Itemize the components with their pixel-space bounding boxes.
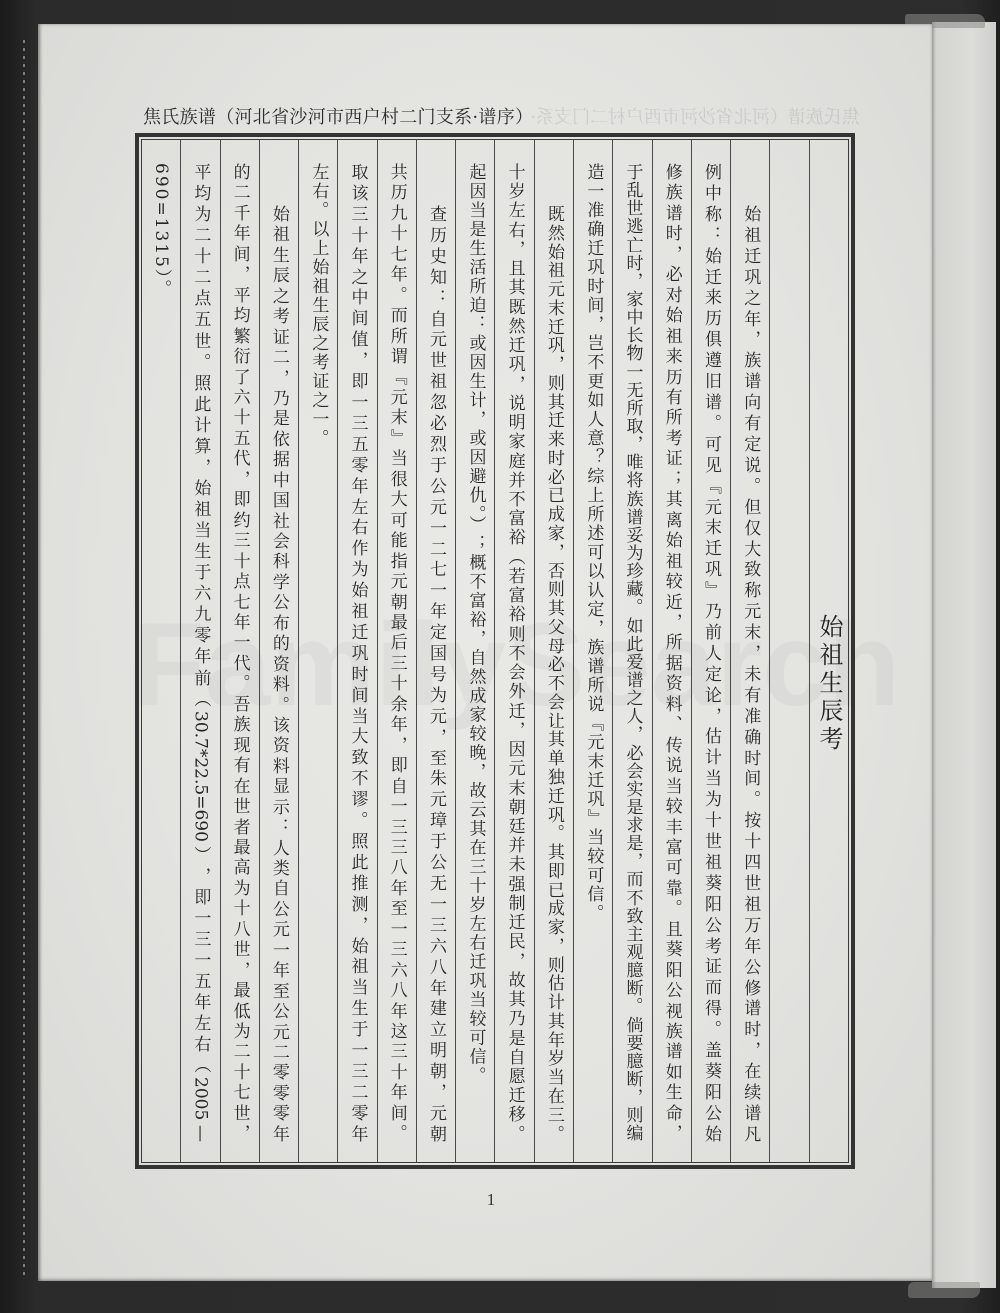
glyph: 无	[417, 874, 455, 891]
glyph: 间	[338, 309, 376, 326]
glyph: 二	[221, 183, 259, 200]
glyph: 祖	[181, 500, 219, 517]
glyph: 断	[613, 1070, 651, 1087]
glyph: 例	[692, 163, 730, 180]
glyph: 盖	[692, 1041, 730, 1058]
glyph: 一	[221, 633, 259, 650]
glyph: ，	[338, 351, 376, 368]
glyph: 十	[378, 1063, 416, 1080]
glyph: 『	[378, 368, 416, 385]
glyph: 30.7*22.5=690	[181, 711, 219, 842]
glyph: 共	[378, 163, 416, 180]
glyph: 元	[378, 572, 416, 589]
glyph: 始	[653, 306, 691, 323]
glyph: 祖	[653, 327, 691, 344]
glyph: 愿	[496, 1067, 534, 1084]
glyph: 一	[338, 1041, 376, 1058]
glyph: 迁	[535, 411, 573, 428]
glyph: 公	[260, 900, 298, 917]
glyph: 来	[692, 288, 730, 305]
glyph: 且	[496, 259, 534, 276]
glyph: 庭	[496, 452, 534, 469]
text-column: 的二千年间，平均繁衍了六十五代，即约三十点七年一代。吾族现有在世者最高为十八世，…	[220, 140, 259, 1162]
glyph: 十	[181, 247, 219, 264]
glyph: 末	[378, 408, 416, 425]
glyph: 当	[692, 769, 730, 786]
glyph: 间	[731, 769, 769, 786]
glyph: 世	[221, 940, 259, 957]
glyph: 』	[692, 581, 730, 598]
glyph: 对	[653, 286, 691, 303]
glyph: 据	[653, 654, 691, 671]
glyph: 人	[260, 839, 298, 856]
glyph: 阳	[692, 895, 730, 912]
glyph: 三	[378, 654, 416, 671]
glyph: 所	[653, 408, 691, 425]
glyph: 历	[692, 309, 730, 326]
glyph: 世	[181, 332, 219, 349]
glyph: 元	[378, 388, 416, 405]
glyph: 公	[731, 958, 769, 975]
glyph: 岁	[496, 182, 534, 199]
glyph: 年	[338, 1125, 376, 1142]
glyph: 料	[260, 675, 298, 692]
glyph: 其	[535, 393, 573, 410]
glyph: 要	[613, 1034, 651, 1051]
glyph: 时	[613, 254, 651, 271]
glyph: 在	[221, 777, 259, 794]
glyph: 十	[378, 224, 416, 241]
glyph: 当	[338, 978, 376, 995]
glyph: 八	[417, 958, 455, 975]
glyph: 零	[338, 1104, 376, 1121]
glyph: 五	[181, 972, 219, 989]
glyph: 一	[260, 941, 298, 958]
glyph: 公	[417, 853, 455, 870]
glyph: 当	[653, 777, 691, 794]
glyph: 巩	[692, 560, 730, 577]
glyph: 祖	[692, 853, 730, 870]
glyph: 年	[417, 602, 455, 619]
paragraph-1-line-5: 造一准确迁巩时间，岂不更如人意？综上所述可以认定，族谱所说『元末迁巩』当较可信。	[574, 163, 612, 923]
binding-stitch	[23, 40, 25, 1280]
glyph: 将	[613, 471, 651, 488]
glyph: 年	[731, 310, 769, 327]
glyph: 的	[260, 634, 298, 651]
text-column: 十岁左右，且其既然迁巩，说明家庭并不富裕（若富裕则不会外迁，因元末朝廷并未强制迁…	[494, 140, 533, 1162]
glyph: 其	[496, 278, 534, 295]
glyph: 年	[535, 1031, 573, 1048]
glyph: 时	[338, 665, 376, 682]
glyph: ，	[496, 721, 534, 738]
glyph: 元	[496, 759, 534, 776]
glyph: 者	[221, 818, 259, 835]
glyph: 会	[496, 663, 534, 680]
glyph: 成	[535, 505, 573, 522]
glyph: 年	[338, 477, 376, 494]
glyph: 七	[221, 593, 259, 610]
glyph: 五	[338, 435, 376, 452]
glyph: 无	[613, 381, 651, 398]
glyph: 朱	[417, 769, 455, 786]
glyph: 族	[653, 183, 691, 200]
glyph: 移	[496, 1105, 534, 1122]
glyph: 三	[338, 414, 376, 431]
glyph: 迁	[731, 247, 769, 264]
glyph: 十	[221, 552, 259, 569]
glyph: 明	[496, 413, 534, 430]
glyph: 谱	[731, 999, 769, 1016]
glyph: 确	[731, 728, 769, 745]
glyph: 独	[535, 768, 573, 785]
glyph: 祖	[535, 261, 573, 278]
glyph: 即	[338, 372, 376, 389]
glyph: ，	[613, 852, 651, 869]
glyph: ，	[496, 375, 534, 392]
glyph: 在	[535, 1087, 573, 1104]
glyph: 已	[535, 486, 573, 503]
glyph: 历	[653, 368, 691, 385]
glyph: 于	[181, 563, 219, 580]
glyph: 三	[378, 818, 416, 835]
glyph: 。	[613, 997, 651, 1014]
glyph: 珍	[613, 562, 651, 579]
glyph: ，	[613, 272, 651, 289]
glyph: 万	[731, 916, 769, 933]
glyph: 旧	[692, 372, 730, 389]
glyph: 定	[731, 435, 769, 452]
glyph: 祖	[731, 895, 769, 912]
glyph: ，	[378, 736, 416, 753]
glyph: 吾	[221, 695, 259, 712]
glyph: ，	[181, 458, 219, 475]
glyph: 学	[260, 573, 298, 590]
glyph: 高	[221, 858, 259, 875]
paper-scrap	[908, 1282, 980, 1298]
glyph: 致	[338, 748, 376, 765]
glyph: 平	[181, 163, 219, 180]
glyph: 左	[181, 1014, 219, 1031]
glyph: 末	[731, 623, 769, 640]
paragraph-3-line-3: 取该三十年之中间值，即一三五零年左右作为始祖迁巩时间当大致不谬。照此推测，始祖当…	[338, 163, 376, 1142]
glyph: 年	[260, 1125, 298, 1142]
glyph: 即	[378, 756, 416, 773]
glyph: 均	[181, 184, 219, 201]
glyph: 迁	[496, 1086, 534, 1103]
glyph: 祖	[260, 225, 298, 242]
glyph: 证	[653, 449, 691, 466]
glyph: 年	[417, 979, 455, 996]
glyph: 祖	[731, 226, 769, 243]
glyph: 示	[260, 798, 298, 815]
glyph: ，	[613, 435, 651, 452]
glyph: 二	[417, 540, 455, 557]
glyph: 大	[338, 727, 376, 744]
glyph: 长	[613, 326, 651, 343]
glyph: 资	[653, 674, 691, 691]
glyph: 生	[181, 542, 219, 559]
glyph: 值	[338, 330, 376, 347]
glyph: 之	[260, 287, 298, 304]
glyph: 中	[692, 184, 730, 201]
glyph: 巩	[338, 644, 376, 661]
glyph: 家	[496, 432, 534, 449]
glyph: ，	[338, 916, 376, 933]
glyph: 最	[221, 838, 259, 855]
glyph: 三	[378, 940, 416, 957]
glyph: 父	[535, 618, 573, 635]
next-page-edge	[932, 22, 996, 1288]
glyph: ；	[653, 470, 691, 487]
glyph: 观	[613, 943, 651, 960]
glyph: 十	[378, 674, 416, 691]
paragraph-1-line-1: 始祖迁巩之年，族谱向有定说。但仅大致称元末，未有准确时间。按十四世祖万年公修谱时…	[731, 205, 769, 1142]
glyph: 七	[221, 1083, 259, 1100]
glyph: 会	[260, 532, 298, 549]
glyph: 否	[535, 562, 573, 579]
blank-column	[769, 140, 808, 1162]
glyph: 。	[260, 696, 298, 713]
glyph: 元	[260, 1023, 298, 1040]
glyph: 史	[417, 247, 455, 264]
glyph: 类	[260, 859, 298, 876]
glyph: 年	[378, 1002, 416, 1019]
glyph: 是	[496, 1029, 534, 1046]
glyph: 迁	[338, 623, 376, 640]
glyph: 则	[535, 956, 573, 973]
glyph: 实	[613, 780, 651, 797]
text-column: 左右。以上始祖生辰之考证之一。	[298, 140, 337, 1162]
glyph: 至	[417, 749, 455, 766]
glyph: 元	[731, 602, 769, 619]
glyph: 现	[221, 736, 259, 753]
glyph: 然	[535, 224, 573, 241]
paragraph-2-line-1: 既然始祖元末迁巩，则其迁来时必已成家，否则其父母必不会让其单独迁巩。其即已成家，…	[535, 205, 573, 1142]
glyph: 凡	[731, 1125, 769, 1142]
glyph: 三	[338, 205, 376, 222]
glyph: 年	[378, 1083, 416, 1100]
glyph: 余	[378, 695, 416, 712]
glyph: 七	[417, 560, 455, 577]
glyph: 末	[692, 518, 730, 535]
glyph: 爱	[613, 653, 651, 670]
glyph: ，	[417, 728, 455, 745]
text-column: 例中称：始迁来历俱遵旧谱。可见『元末迁巩』乃前人定论，估计当为十世祖葵阳公考证而…	[691, 140, 730, 1162]
glyph: 而	[378, 306, 416, 323]
glyph: 谱	[731, 372, 769, 389]
glyph: 之	[338, 268, 376, 285]
glyph: 为	[181, 205, 219, 222]
text-column: 起因当是生活所迫：或因生计，或因避仇。）；概不富裕，自然成家较晚，故云其在三十岁…	[455, 140, 494, 1162]
glyph: 定	[417, 623, 455, 640]
glyph: 臆	[613, 1052, 651, 1069]
glyph: 而	[692, 978, 730, 995]
glyph: 来	[535, 430, 573, 447]
glyph: 五	[181, 310, 219, 327]
glyph: 三	[181, 930, 219, 947]
glyph: 谬	[338, 790, 376, 807]
glyph: 按	[731, 811, 769, 828]
glyph: 近	[653, 593, 691, 610]
glyph: 十	[731, 832, 769, 849]
glyph: 所	[653, 633, 691, 650]
glyph: 强	[496, 875, 534, 892]
glyph: ，	[653, 245, 691, 262]
glyph: 最	[221, 981, 259, 998]
glyph: 生	[338, 999, 376, 1016]
glyph: 但	[731, 498, 769, 515]
glyph: 显	[260, 777, 298, 794]
glyph: 已	[535, 881, 573, 898]
glyph: 始	[338, 581, 376, 598]
glyph: ，	[692, 707, 730, 724]
glyph: 称	[692, 205, 730, 222]
glyph: 。	[496, 1125, 534, 1142]
glyph: ：	[260, 818, 298, 835]
glyph: 取	[338, 163, 376, 180]
glyph: 家	[613, 290, 651, 307]
glyph: 末	[535, 299, 573, 316]
glyph: 传	[653, 736, 691, 753]
glyph: 即	[535, 862, 573, 879]
glyph: 前	[692, 623, 730, 640]
glyph: ，	[535, 937, 573, 954]
glyph: 谱	[613, 671, 651, 688]
glyph: 很	[378, 470, 416, 487]
text-column: 平均为二十二点五世。照此计算，始祖当生于六九零年前（30.7*22.5=690）…	[180, 140, 219, 1162]
glyph: 代	[221, 654, 259, 671]
glyph: 始	[692, 247, 730, 264]
glyph: 。	[692, 1020, 730, 1037]
page-number: 1	[471, 1190, 511, 1210]
paragraph-1-line-4: 于乱世逃亡时，家中长物一无所取，唯将族谱妥为珍藏。如此爱谱之人，必会实是求是，而…	[613, 163, 651, 1142]
glyph: 一	[181, 909, 219, 926]
glyph: 历	[378, 183, 416, 200]
glyph: 国	[260, 491, 298, 508]
glyph: 取	[613, 417, 651, 434]
glyph: 明	[417, 1041, 455, 1058]
glyph: 家	[535, 918, 573, 935]
text-column: 于乱世逃亡时，家中长物一无所取，唯将族谱妥为珍藏。如此爱谱之人，必会实是求是，而…	[612, 140, 651, 1162]
glyph: （	[496, 548, 534, 565]
glyph: 一	[378, 920, 416, 937]
glyph: 二	[260, 348, 298, 365]
glyph: 一	[181, 951, 219, 968]
glyph: 科	[260, 552, 298, 569]
glyph: 末	[496, 779, 534, 796]
glyph: 若	[496, 567, 534, 584]
glyph: 致	[731, 560, 769, 577]
glyph: 八	[221, 920, 259, 937]
glyph: 零	[181, 626, 219, 643]
glyph: 则	[535, 374, 573, 391]
glyph: ，	[731, 644, 769, 661]
glyph: 六	[417, 937, 455, 954]
glyph: 不	[535, 674, 573, 691]
glyph: 会	[535, 693, 573, 710]
glyph: ：	[417, 289, 455, 306]
glyph: 葵	[692, 1062, 730, 1079]
glyph: 至	[378, 899, 416, 916]
glyph: 始	[653, 531, 691, 548]
glyph: 千	[221, 204, 259, 221]
glyph: 谓	[378, 347, 416, 364]
glyph: 为	[692, 790, 730, 807]
glyph: 平	[221, 286, 259, 303]
glyph: 时	[535, 449, 573, 466]
glyph: 即	[221, 490, 259, 507]
glyph: 始	[181, 479, 219, 496]
glyph: 迁	[496, 336, 534, 353]
glyph: 元	[417, 1104, 455, 1121]
glyph: 当	[378, 449, 416, 466]
glyph: 谱	[692, 393, 730, 410]
glyph: 自	[378, 777, 416, 794]
glyph: 说	[496, 394, 534, 411]
glyph: 巩	[535, 806, 573, 823]
glyph: 三	[338, 1062, 376, 1079]
glyph: 六	[221, 388, 259, 405]
glyph: 于	[417, 832, 455, 849]
glyph: 阳	[653, 961, 691, 978]
glyph: 始	[731, 205, 769, 222]
glyph: 零	[260, 1084, 298, 1101]
text-frame: 始祖生辰考始祖迁巩之年，族谱向有定说。但仅大致称元末，未有准确时间。按十四世祖万…	[135, 133, 855, 1169]
glyph: 最	[378, 613, 416, 630]
glyph: 倘	[613, 1016, 651, 1033]
glyph: 间	[221, 245, 259, 262]
glyph: 而	[613, 870, 651, 887]
glyph: 人	[692, 644, 730, 661]
glyph: 六	[181, 584, 219, 601]
glyph: 得	[692, 999, 730, 1016]
glyph: 葵	[692, 874, 730, 891]
glyph: 公	[260, 593, 298, 610]
glyph: 其	[535, 599, 573, 616]
paragraph-2-line-3: 起因当是生活所迫：或因生计，或因避仇。）；概不富裕，自然成家较晚，故云其在三十岁…	[456, 163, 494, 1086]
glyph: 证	[692, 957, 730, 974]
glyph: 岁	[535, 1049, 573, 1066]
glyph: 其	[653, 490, 691, 507]
glyph: 有	[221, 756, 259, 773]
glyph: 估	[692, 727, 730, 744]
glyph: 让	[535, 712, 573, 729]
glyph: 算	[181, 437, 219, 454]
glyph: 为	[417, 686, 455, 703]
glyph: 未	[496, 855, 534, 872]
glyph: 繁	[221, 327, 259, 344]
glyph: 九	[181, 605, 219, 622]
glyph: 见	[692, 456, 730, 473]
glyph: 有	[653, 388, 691, 405]
glyph: 既	[496, 298, 534, 315]
glyph: 历	[417, 226, 455, 243]
glyph: 大	[731, 540, 769, 557]
glyph: 查	[417, 205, 455, 222]
glyph: 巩	[731, 268, 769, 285]
glyph: 巩	[535, 336, 573, 353]
glyph: 社	[260, 512, 298, 529]
glyph: 零	[338, 456, 376, 473]
glyph: 作	[338, 539, 376, 556]
glyph: 。	[378, 286, 416, 303]
glyph: 制	[496, 894, 534, 911]
glyph: 修	[653, 163, 691, 180]
glyph: 其	[535, 1012, 573, 1029]
glyph: 可	[692, 435, 730, 452]
glyph: 世	[731, 874, 769, 891]
glyph: 照	[181, 374, 219, 391]
